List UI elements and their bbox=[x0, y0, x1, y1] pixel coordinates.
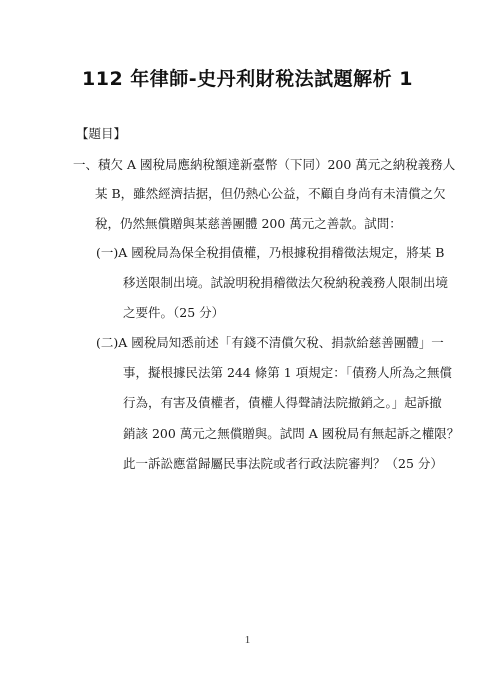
sub-question-2-line-2: 事，擬根據民法第 244 條第 1 項規定：「債務人所為之無償 bbox=[123, 365, 420, 381]
sub-question-1-line-3: 之要件。（25 分） bbox=[123, 305, 193, 321]
document-page: 112 年律師-史丹利財稅法試題解析 1 【題目】 一、積欠 A 國稅局應納稅額… bbox=[0, 0, 495, 700]
sub-question-2-line-3: 行為，有害及債權者，債權人得聲請法院撤銷之。」起訴撤 bbox=[123, 395, 420, 411]
question-1-line-3: 稅，仍然無償贈與某慈善團體 200 萬元之善款。試問： bbox=[95, 216, 387, 232]
document-title: 112 年律師-史丹利財稅法試題解析 1 bbox=[0, 64, 495, 91]
question-1-line-1: 一、積欠 A 國稅局應納稅額達新臺幣（下同）200 萬元之納稅義務人 bbox=[73, 157, 420, 173]
page-number: 1 bbox=[0, 634, 495, 646]
sub-question-1-line-1: (一)A 國稅局為保全稅捐債權，乃根據稅捐稽徵法規定，將某 B bbox=[96, 245, 420, 261]
sub-question-2-line-5: 此一訴訟應當歸屬民事法院或者行政法院審判？（25 分） bbox=[123, 456, 412, 472]
question-1-line-2: 某 B，雖然經濟拮据，但仍熱心公益，不顧自身尚有未清償之欠 bbox=[95, 186, 420, 202]
sub-question-2-line-4: 銷該 200 萬元之無償贈與。試問 A 國稅局有無起訴之權限？ bbox=[123, 426, 420, 442]
section-heading: 【題目】 bbox=[76, 126, 126, 142]
sub-question-2-line-1: (二)A 國稅局知悉前述「有錢不清償欠稅、捐款給慈善團體」一 bbox=[96, 335, 420, 351]
sub-question-1-line-2: 移送限制出境。試說明稅捐稽徵法欠稅納稅義務人限制出境 bbox=[123, 275, 420, 291]
